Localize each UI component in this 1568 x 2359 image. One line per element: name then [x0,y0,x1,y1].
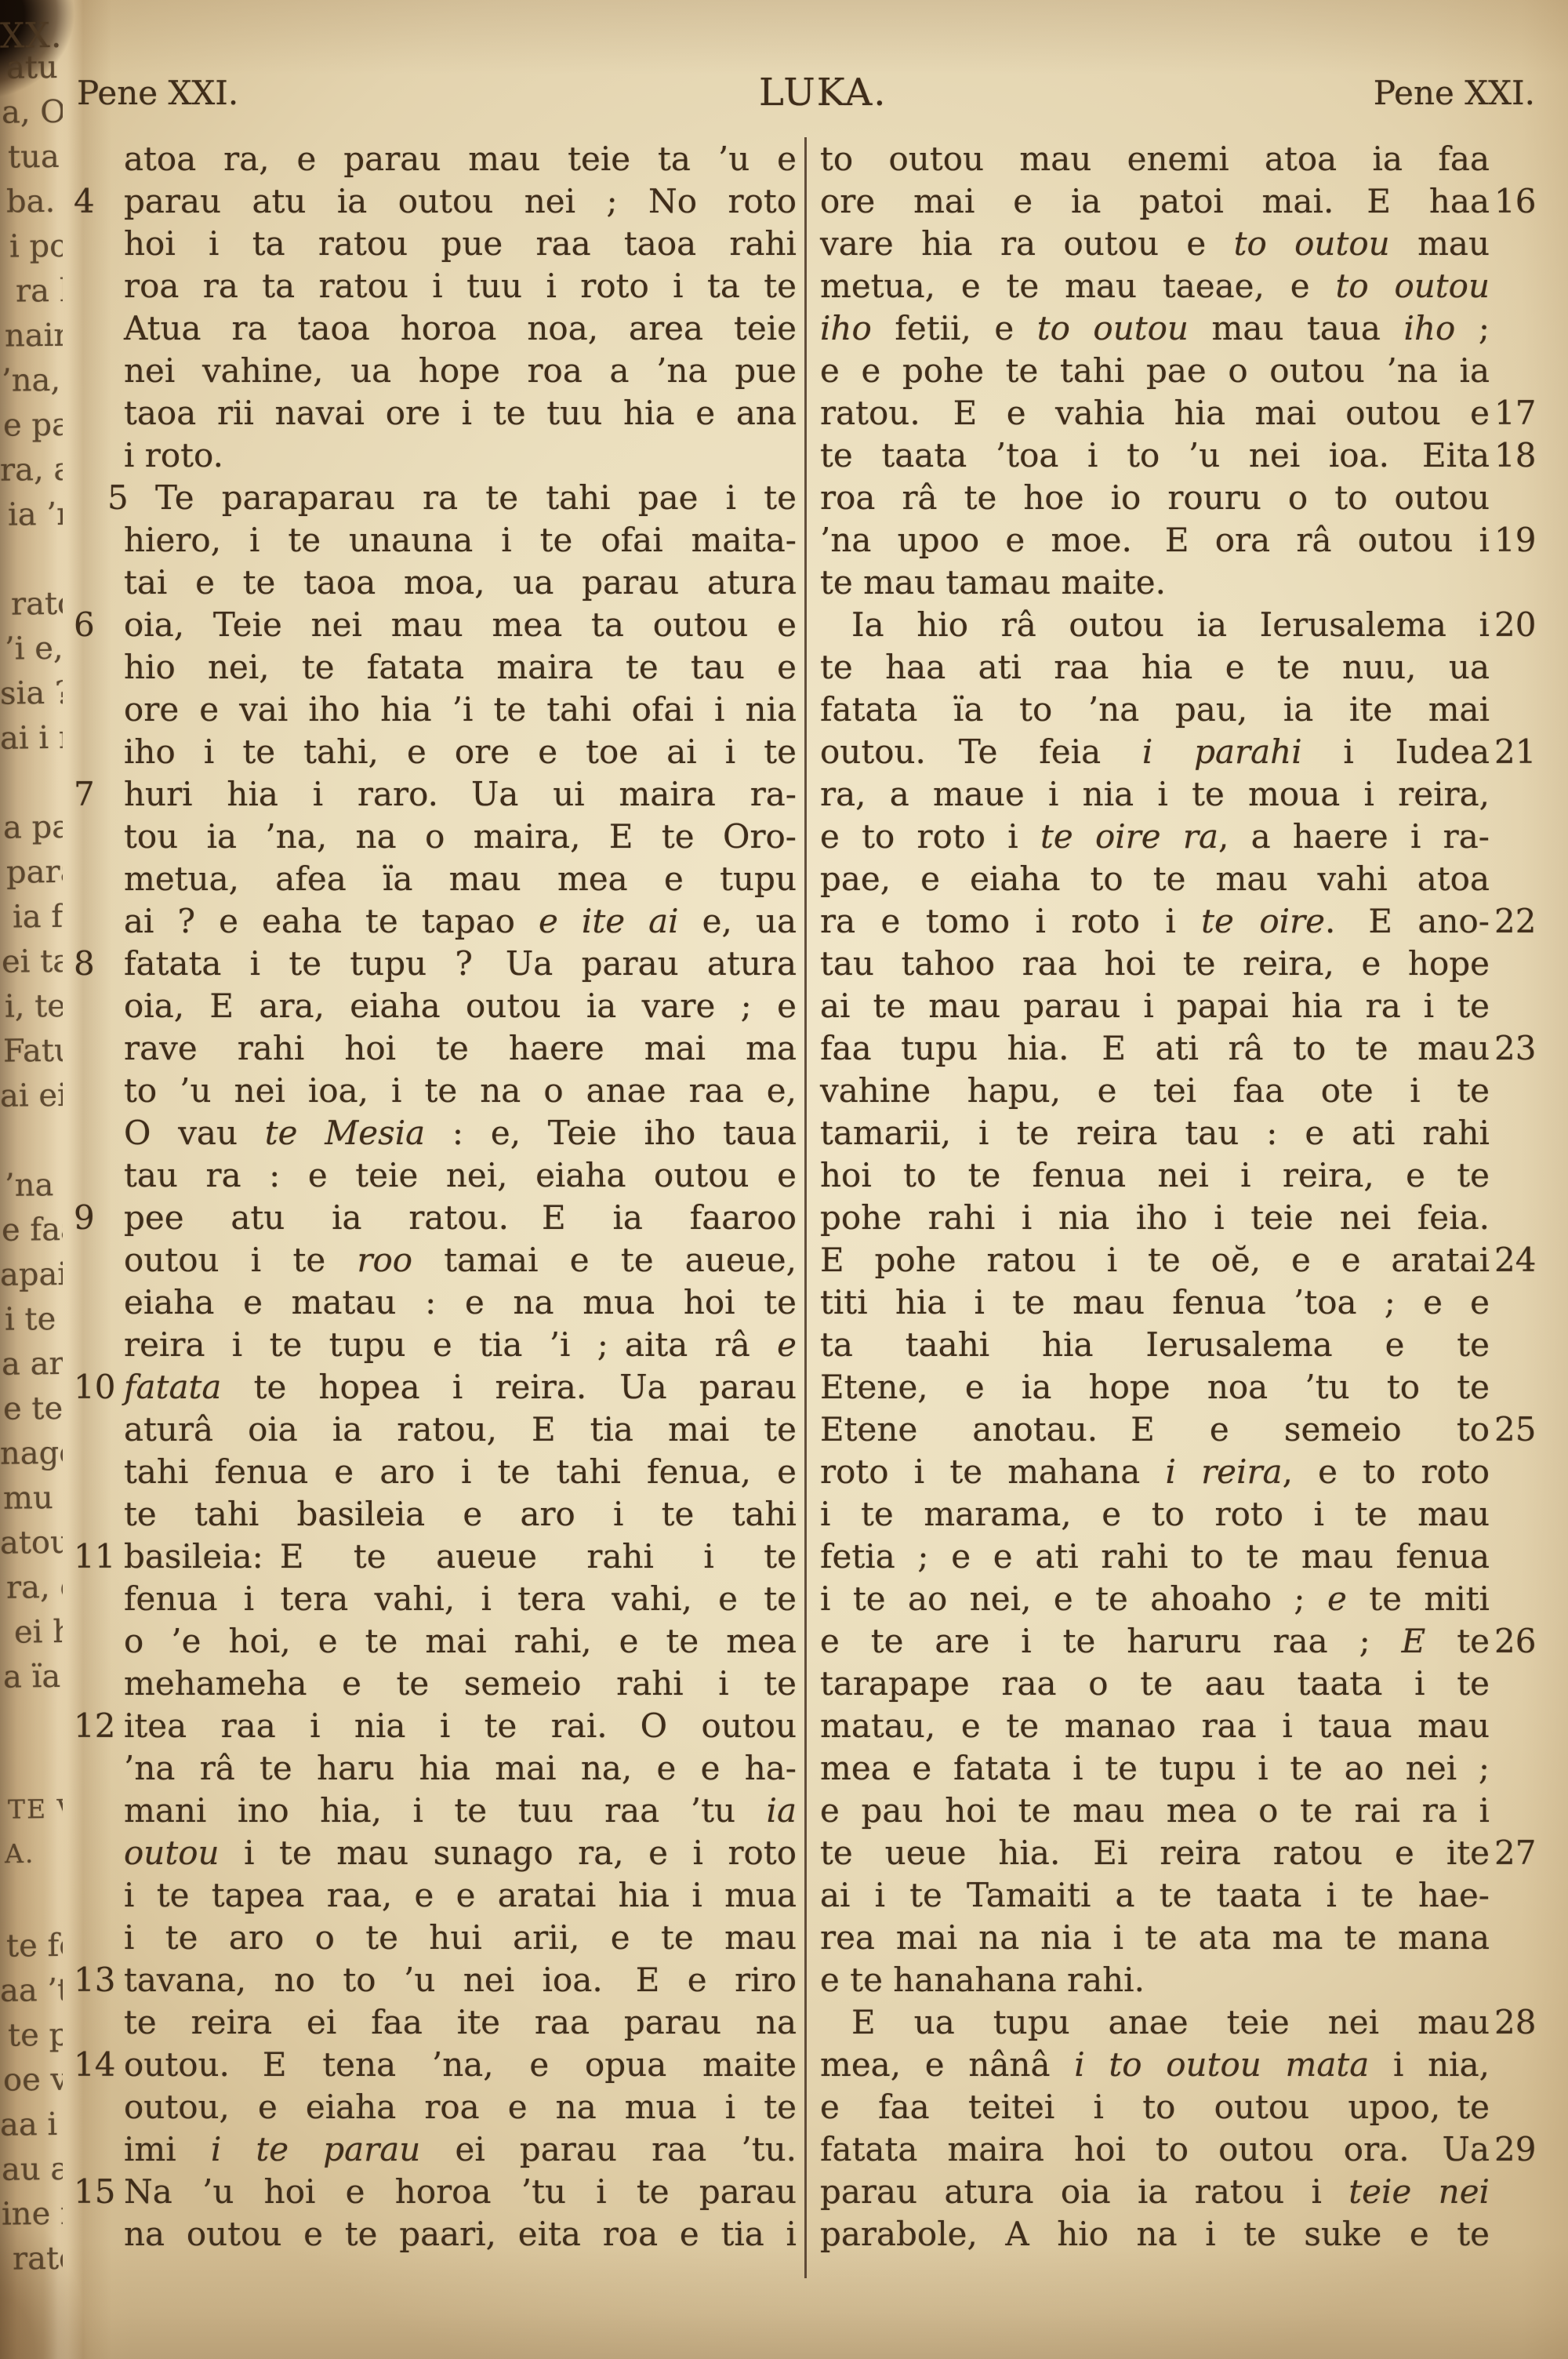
verse-text: E ua tupu anae teie nei mau [851,2003,1490,2041]
verse-text-italic: e [777,1325,797,1364]
gutter-fragment: ’i e, e [5,630,63,667]
verse-text: reira i te tupu e tia ’i ; aita râ [124,1325,777,1364]
verse-line: e te hanahana rahi. [820,1959,1490,2001]
verse-line: hoi to te fenua nei i reira, e te [820,1154,1490,1197]
verse-text: faa tupu hia. E ati râ to te mau [820,1029,1490,1067]
verse-text: te reira ei faa ite raa parau na [124,2003,797,2041]
gutter-fragment: ra ho [16,272,63,309]
verse-text: hiero, i te unauna i te ofai maita- [124,521,797,559]
verse-text: parau atura oia ia ratou i [820,2172,1348,2211]
verse-text: tamarii, i te reira tau : e ati rahi [820,1114,1490,1152]
gutter-fragment: ra, aita [0,451,63,489]
gutter-fragment: ba. E [6,183,63,220]
verse-line: e to roto i te oire ra, a haere i ra- [820,816,1490,858]
gutter-fragment: Fatu n [3,1032,63,1069]
verse-line: tarapape raa o te aau taata i te [820,1663,1490,1705]
verse-line: 10fatata te hopea i reira. Ua parau [124,1366,797,1408]
verse-line: i te tapea raa, e e aratai hia i mua [124,1874,797,1917]
verse-line: o ’e hoi, e te mai rahi, e te mea [124,1620,797,1663]
running-header-chapter-left: Pene XXI. [77,74,238,112]
verse-text: Ia hio râ outou ia Ierusalema i [851,605,1490,644]
verse-text: fatata maira hoi to outou ora. Ua [820,2130,1490,2168]
verse-line: atoa ra, e parau mau teie ta ’u e [124,138,797,180]
verse-line: na outou e te paari, eita roa e tia i [124,2213,797,2255]
verse-text: mea e fatata i te tupu i te ao nei ; [820,1749,1490,1787]
verse-text: outou i te [124,1241,357,1279]
verse-line: imi i te parau ei parau raa ’tu. [124,2128,797,2171]
verse-text: imi [124,2130,211,2168]
verse-number: 5 [107,477,154,519]
verse-line: 17ratou. E e vahia hia mai outou e [820,392,1490,434]
verse-line: 5Te paraparau ra te tahi pae i te [124,477,797,519]
verse-line: 26e te are i te haruru raa ; E te [820,1620,1490,1663]
verse-number: 6 [74,604,121,646]
verse-line: mea, e nânâ i to outou mata i nia, [820,2044,1490,2086]
verse-text: rea mai na nia i te ata ma te mana [820,1918,1490,1957]
gutter-fragment: naira [5,317,63,354]
verse-number: 28 [1494,2001,1562,2044]
verse-line: tamarii, i te reira tau : e ati rahi [820,1112,1490,1154]
verse-text: Atua ra taoa horoa noa, area teie [124,309,797,347]
verse-text: i nia, [1369,2045,1490,2084]
gutter-fragment: A. [5,1838,35,1869]
verse-line: matau, e te manao raa i taua mau [820,1705,1490,1747]
verse-text-italic: i to outou mata [1074,2045,1369,2084]
verse-text: vahine hapu, e tei faa ote i te [820,1071,1490,1110]
verse-text-italic: E [1402,1622,1426,1660]
verse-line: 12itea raa i nia i te rai. O outou [124,1705,797,1747]
verse-text-italic: i parahi [1142,732,1302,771]
verse-line: 6oia, Teie nei mau mea ta outou e [124,604,797,646]
verse-line: 20Ia hio râ outou ia Ierusalema i [820,604,1490,646]
verse-text: te taata ’toa i to ’u nei ioa. Eita [820,436,1490,474]
verse-text: ore mai e ia patoi mai. E haa [820,182,1490,220]
column-divider-rule [804,137,807,2278]
gutter-fragment: e te pa- [3,1390,63,1427]
verse-line: tahi fenua e aro i te tahi fenua, e [124,1451,797,1493]
verse-text-italic: roo [357,1241,412,1279]
gutter-fragment: ei haa [14,1613,63,1650]
verse-text-italic: to outou [1234,224,1390,263]
verse-text-italic: teie nei [1348,2172,1490,2211]
verse-line: rea mai na nia i te ata ma te mana [820,1917,1490,1959]
verse-text: Etene, e ia hope noa ’tu to te [820,1368,1490,1406]
verse-text: fenua i tera vahi, i tera vahi, e te [124,1579,797,1618]
verse-text: vare hia ra outou e [820,224,1234,263]
verse-number: 27 [1494,1832,1562,1874]
gutter-fragment: e faaroo [2,1211,63,1249]
verse-text: : e, Teie iho taua [425,1114,797,1152]
verse-line: 8fatata i te tupu ? Ua parau atura [124,943,797,985]
verse-text: roa ra ta ratou i tuu i roto i ta te [124,267,797,305]
verse-number: 8 [74,943,121,985]
verse-text: Na ’u hoi e horoa ’tu i te parau [124,2172,797,2211]
verse-line: tau ra : e teie nei, eiaha outou e [124,1154,797,1197]
verse-text: tamai e te aueue, [412,1241,797,1279]
verse-text: ra e tomo i roto i [820,902,1201,940]
verse-text: pohe rahi i nia iho i teie nei feia. [820,1198,1490,1237]
verse-text: parau atu ia outou nei ; No roto [124,182,797,220]
verse-text: te hopea i reira. Ua parau [221,1368,797,1406]
verse-text: roa râ te hoe io rouru o to outou [820,478,1490,517]
verse-text: i te ao nei, e te ahoaho ; [820,1579,1327,1618]
verse-text: huri hia i raro. Ua ui maira ra- [124,775,797,813]
verse-text: eiaha e matau : e na mua hoi te [124,1283,797,1321]
verse-text: Te paraparau ra te tahi pae i te [155,478,797,517]
verse-text: mea, e nânâ [820,2045,1074,2084]
verse-text-italic: e ite ai [539,902,679,940]
verse-number: 22 [1494,900,1562,943]
verse-line: outou, e eiaha roa e na mua i te [124,2086,797,2128]
verse-line: 16ore mai e ia patoi mai. E haa [820,180,1490,223]
gutter-fragment: aa ’tu i [0,1972,63,2008]
verse-text: taoa rii navai ore i te tuu hia e ana [124,394,797,432]
gutter-fragment: mu raa [3,1479,63,1516]
gutter-fragment: TE VA- [8,1793,63,1824]
verse-number: 17 [1494,392,1562,434]
gutter-fragment: te pue [8,2016,63,2053]
gutter-fragment: ratou, [11,585,63,622]
verse-number: 21 [1494,731,1562,773]
gutter-fragment: oe va- [3,2061,63,2098]
gutter-fragment: atu i f [6,49,63,85]
verse-text: i Iudea [1302,732,1490,771]
verse-line: e faa teitei i to outou upoo, te [820,2086,1490,2128]
gutter-fragment: ratou [13,2240,63,2277]
verse-text: metua, e te mau taeae, e [820,267,1335,305]
gutter-fragment: ei taahi [2,943,63,980]
verse-line: i te aro o te hui arii, e te mau [124,1917,797,1959]
verse-text: ’na upoo e moe. E ora râ outou i [820,521,1490,559]
verse-line: 7huri hia i raro. Ua ui maira ra- [124,773,797,816]
verse-text: pee atu ia ratou. E ia faaroo [124,1198,797,1237]
verse-line: fetia ; e e ati rahi to te mau fenua [820,1536,1490,1578]
scanned-book-page: XX. Xatu i fa, O ttua nba. Ei pohera hon… [0,0,1568,2359]
verse-line: ra, a maue i nia i te moua i reira, [820,773,1490,816]
verse-line: e e pohe te tahi pae o outou ’na ia [820,350,1490,392]
verse-text: outou. E tena ’na, e opua maite [124,2045,797,2084]
gutter-fragment: e para [3,406,63,443]
verse-line: 11basileia: E te aueue rahi i te [124,1536,797,1578]
verse-number: 15 [74,2171,121,2213]
gutter-fragment: ra, e te [6,1568,63,1606]
verse-text: ei parau raa ’tu. [420,2130,797,2168]
verse-text: e to roto i [820,817,1040,856]
verse-number: 11 [74,1536,121,1578]
verse-line: eiaha e matau : e na mua hoi te [124,1281,797,1324]
gutter-fragment: apai pa- [0,1256,63,1293]
gutter-fragment: a para [3,809,63,845]
gutter-fragment: a ïa to [3,1658,63,1695]
verse-text: i te mau sunago ra, e i roto [220,1834,797,1872]
verse-text: tarapape raa o te aau taata i te [820,1664,1490,1703]
verse-text: hoi to te fenua nei i reira, e te [820,1156,1490,1194]
verse-line: 21outou. Te feia i parahi i Iudea [820,731,1490,773]
verse-line: metua, e te mau taeae, e to outou [820,265,1490,307]
verse-line: iho i te tahi, e ore e toe ai i te [124,731,797,773]
verse-number: 20 [1494,604,1562,646]
gutter-fragment: ine ivi [2,2195,63,2232]
verse-line: rave rahi hoi te haere mai ma [124,1027,797,1070]
verse-text: te [1425,1622,1490,1660]
verse-text: tavana, no to ’u nei ioa. E e riro [124,1961,797,1999]
verse-line: parabole, A hio na i te suke e te [820,2213,1490,2255]
verse-text-italic: e [1327,1579,1347,1618]
verse-line: vare hia ra outou e to outou mau [820,223,1490,265]
verse-text: to outou mau enemi atoa ia faa [820,140,1490,178]
verse-line: roto i te mahana i reira, e to roto [820,1451,1490,1493]
verse-line: i te marama, e to roto i te mau [820,1493,1490,1536]
verse-line: 23faa tupu hia. E ati râ to te mau [820,1027,1490,1070]
verse-text: ra, a maue i nia i te moua i reira, [820,775,1490,813]
verse-text: matau, e te manao raa i taua mau [820,1707,1490,1745]
gutter-fragment: ia fa [13,899,63,936]
verse-line: iho fetii, e to outou mau taua iho ; [820,307,1490,350]
verse-line: mani ino hia, i te tuu raa ’tu ia [124,1790,797,1832]
verse-line: te haa ati raa hia e te nuu, ua [820,646,1490,689]
verse-number: 14 [74,2044,121,2086]
gutter-fragment: atou te [0,1524,63,1561]
verse-text: oia, E ara, eiaha outou ia vare ; e [124,987,797,1025]
verse-text: mau taua [1189,309,1404,347]
verse-line: 13tavana, no to ’u nei ioa. E e riro [124,1959,797,2001]
verse-number: 25 [1494,1408,1562,1451]
verse-text: i roto. [124,436,223,474]
verse-text: ratou. E e vahia hia mai outou e [820,394,1490,432]
verse-text-italic: i reira [1165,1452,1282,1491]
verse-line: i roto. [124,434,797,477]
verse-text: te miti [1347,1579,1490,1618]
verse-line: parau atura oia ia ratou i teie nei [820,2171,1490,2213]
gutter-fragment: i pohe [9,227,63,264]
verse-number: 29 [1494,2128,1562,2171]
verse-line: ore e vai iho hia ’i te tahi ofai i nia [124,689,797,731]
verse-text: titi hia i te mau fenua ’toa ; e e [820,1283,1490,1321]
verse-text: ; [1455,309,1490,347]
verse-number: 24 [1494,1239,1562,1281]
verse-line: fenua i tera vahi, i tera vahi, e te [124,1578,797,1620]
verse-line: 25Etene anotau. E e semeio to [820,1408,1490,1451]
verse-text: i te aro o te hui arii, e te mau [124,1918,797,1957]
verse-line: tou ia ’na, na o maira, E te Oro- [124,816,797,858]
verse-line: to outou mau enemi atoa ia faa [820,138,1490,180]
verse-line: hoi i ta ratou pue raa taoa rahi [124,223,797,265]
verse-line: mehameha e te semeio rahi i te [124,1663,797,1705]
verse-line: 24E pohe ratou i te oĕ, e e aratai [820,1239,1490,1281]
verse-line: 29fatata maira hoi to outou ora. Ua [820,2128,1490,2171]
verse-text: tau ra : e teie nei, eiaha outou e [124,1156,797,1194]
gutter-fragment: i, te pa- [5,987,63,1025]
verse-line: oia, E ara, eiaha outou ia vare ; e [124,985,797,1027]
gutter-fragment: nago ra [0,1434,63,1472]
gutter-fragment: ’na mau [5,1166,63,1204]
verse-line: aturâ oia ia ratou, E tia mai te [124,1408,797,1451]
verse-text: e, ua [679,902,797,940]
gutter-fragment: tua n [8,138,63,175]
gutter-fragment: te feia [6,1927,63,1964]
verse-text-italic: outou [124,1834,220,1872]
verse-line: i te ao nei, e te ahoaho ; e te miti [820,1578,1490,1620]
verse-line: ai te mau parau i papai hia ra i te [820,985,1490,1027]
verse-text: itea raa i nia i te rai. O outou [124,1707,797,1745]
verse-line: 28E ua tupu anae teie nei mau [820,2001,1490,2044]
verse-number: 18 [1494,434,1562,477]
gutter-fragment: ia ’nai [8,496,63,533]
verse-text: ta taahi hia Ierusalema e te [820,1325,1490,1364]
verse-text-italic: iho [1404,309,1456,347]
verse-text: to ’u nei ioa, i te na o anae raa e, [124,1071,797,1110]
verse-line: 15Na ’u hoi e horoa ’tu i te parau [124,2171,797,2213]
verse-text: , a haere i ra- [1218,817,1490,856]
verse-text: tou ia ’na, na o maira, E te Oro- [124,817,797,856]
verse-number: 26 [1494,1620,1562,1663]
verse-line: ai ? e eaha te tapao e ite ai e, ua [124,900,797,943]
verse-text: mehameha e te semeio rahi i te [124,1664,797,1703]
verse-text: mau [1390,224,1490,263]
verse-text: na outou e te paari, eita roa e tia i [124,2215,797,2253]
verse-line: 14outou. E tena ’na, e opua maite [124,2044,797,2086]
verse-text: fatata i te tupu ? Ua parau atura [124,944,797,983]
verse-text: i te tapea raa, e e aratai hia i mua [124,1876,797,1914]
verse-number: 16 [1494,180,1562,223]
verse-text: . E ano- [1325,902,1490,940]
gutter-fragment: ’na, m [2,362,63,398]
verse-number: 13 [74,1959,121,2001]
gutter-fragment: sia ? ( [0,674,63,711]
gutter-fragment: parahi [6,853,63,890]
verse-text: fatata ïa to ’na pau, ia ite mai [820,690,1490,729]
verse-line: pohe rahi i nia iho i teie nei feia. [820,1197,1490,1239]
verse-text-italic: ia [767,1791,797,1830]
verse-number: 12 [74,1705,121,1747]
verse-text: E pohe ratou i te oĕ, e e aratai [820,1241,1490,1279]
verse-text: hoi i ta ratou pue raa taoa rahi [124,224,797,263]
verse-line: nei vahine, ua hope roa a ’na pue [124,350,797,392]
verse-text: fetia ; e e ati rahi to te mau fenua [820,1537,1490,1576]
verse-line: taoa rii navai ore i te tuu hia e ana [124,392,797,434]
verse-line: O vau te Mesia : e, Teie iho taua [124,1112,797,1154]
gutter-fragment: aa i na [0,2106,63,2143]
verse-text: roto i te mahana [820,1452,1165,1491]
verse-text: tahi fenua e aro i te tahi fenua, e [124,1452,797,1491]
verse-text: oia, Teie nei mau mea ta outou e [124,605,797,644]
gutter-fragment: au atu- [2,2150,63,2187]
verse-line: titi hia i te mau fenua ’toa ; e e [820,1281,1490,1324]
verse-line: ta taahi hia Ierusalema e te [820,1324,1490,1366]
verse-line: 18te taata ’toa i to ’u nei ioa. Eita [820,434,1490,477]
verse-line: 22ra e tomo i roto i te oire. E ano- [820,900,1490,943]
verse-text: outou. Te feia [820,732,1142,771]
verse-text: metua, afea ïa mau mea e tupu [124,860,797,898]
gutter-fragment: ai ei ta- [0,1077,63,1114]
verse-text-italic: iho [820,309,872,347]
verse-text: tai e te taoa moa, ua parau atura [124,563,797,602]
verse-line: 19’na upoo e moe. E ora râ outou i [820,519,1490,562]
verse-text: e faa teitei i to outou upoo, te [820,2088,1490,2126]
verse-line: te tahi basileia e aro i te tahi [124,1493,797,1536]
verse-line: 9pee atu ia ratou. E ia faaroo [124,1197,797,1239]
verse-text: te ueue hia. Ei reira ratou e ite [820,1834,1490,1872]
gutter-fragment: ai i rot [0,719,63,756]
verse-text: ai i te Tamaiti a te taata i te hae- [820,1876,1490,1914]
verse-text-italic: fatata [124,1368,221,1406]
verse-line: te mau tamau maite. [820,562,1490,604]
verse-text: outou, e eiaha roa e na mua i te [124,2088,797,2126]
verse-line: roa ra ta ratou i tuu i roto i ta te [124,265,797,307]
gutter-fragment: i te ahu [5,1300,63,1338]
verse-text: nei vahine, ua hope roa a ’na pue [124,351,797,390]
verse-line: te reira ei faa ite raa parau na [124,2001,797,2044]
verse-text: ai ? e eaha te tapao [124,902,539,940]
text-column-left: atoa ra, e parau mau teie ta ’u e4parau … [124,138,797,2255]
verse-number: 9 [74,1197,121,1239]
verse-line: 4parau atu ia outou nei ; No roto [124,180,797,223]
verse-text: ’na râ te haru hia mai na, e e ha- [124,1749,797,1787]
running-header-chapter-right: Pene XXI. [1374,74,1535,112]
verse-line: tai e te taoa moa, ua parau atura [124,562,797,604]
verse-text: tau tahoo raa hoi te reira, e hope [820,944,1490,983]
verse-line: hiero, i te unauna i te ofai maita- [124,519,797,562]
verse-number: 4 [74,180,121,223]
verse-line: vahine hapu, e tei faa ote i te [820,1070,1490,1112]
verse-line: fatata ïa to ’na pau, ia ite mai [820,689,1490,731]
verse-number: 7 [74,773,121,816]
verse-text: aturâ oia ia ratou, E tia mai te [124,1410,797,1448]
verse-text: pae, e eiaha to te mau vahi atoa [820,860,1490,898]
verse-text-italic: i te parau [211,2130,421,2168]
verse-number: 23 [1494,1027,1562,1070]
verse-line: roa râ te hoe io rouru o to outou [820,477,1490,519]
verse-line: tau tahoo raa hoi te reira, e hope [820,943,1490,985]
verse-text: fetii, e [872,309,1037,347]
verse-line: ai i te Tamaiti a te taata i te hae- [820,1874,1490,1917]
gutter-strip: XX. Xatu i fa, O ttua nba. Ei pohera hon… [0,0,63,2359]
running-header-book-title: LUKA. [759,71,887,114]
verse-text: Etene anotau. E e semeio to [820,1410,1490,1448]
verse-text: , e to roto [1283,1452,1490,1491]
verse-line: outou i te mau sunago ra, e i roto [124,1832,797,1874]
verse-line: to ’u nei ioa, i te na o anae raa e, [124,1070,797,1112]
verse-text-italic: te oire ra [1040,817,1218,856]
verse-number: 10 [74,1366,121,1408]
verse-line: pae, e eiaha to te mau vahi atoa [820,858,1490,900]
verse-text: e pau hoi te mau mea o te rai ra i [820,1791,1490,1830]
verse-number: 19 [1494,519,1562,562]
verse-text: te haa ati raa hia e te nuu, ua [820,648,1490,686]
verse-text: i te marama, e to roto i te mau [820,1495,1490,1533]
gutter-fragment: a aroha [2,1345,63,1383]
text-column-right: to outou mau enemi atoa ia faa16ore mai … [820,138,1490,2255]
verse-line: Etene, e ia hope noa ’tu to te [820,1366,1490,1408]
verse-text: atoa ra, e parau mau teie ta ’u e [124,140,797,178]
verse-text-italic: te Mesia [265,1114,425,1152]
gutter-fragment: a, O t [2,93,63,130]
verse-line: outou i te roo tamai e te aueue, [124,1239,797,1281]
verse-text-italic: to outou [1037,309,1189,347]
verse-line: reira i te tupu e tia ’i ; aita râ e [124,1324,797,1366]
verse-text: iho i te tahi, e ore e toe ai i te [124,732,797,771]
verse-text: o ’e hoi, e te mai rahi, e te mea [124,1622,797,1660]
verse-text: e e pohe te tahi pae o outou ’na ia [820,351,1490,390]
verse-line: e pau hoi te mau mea o te rai ra i [820,1790,1490,1832]
verse-line: 27te ueue hia. Ei reira ratou e ite [820,1832,1490,1874]
verse-text: mani ino hia, i te tuu raa ’tu [124,1791,767,1830]
verse-text: e te are i te haruru raa ; [820,1622,1402,1660]
verse-text: ore e vai iho hia ’i te tahi ofai i nia [124,690,797,729]
verse-text: hio nei, te fatata maira te tau e [124,648,797,686]
verse-text: rave rahi hoi te haere mai ma [124,1029,797,1067]
verse-line: mea e fatata i te tupu i te ao nei ; [820,1747,1490,1790]
